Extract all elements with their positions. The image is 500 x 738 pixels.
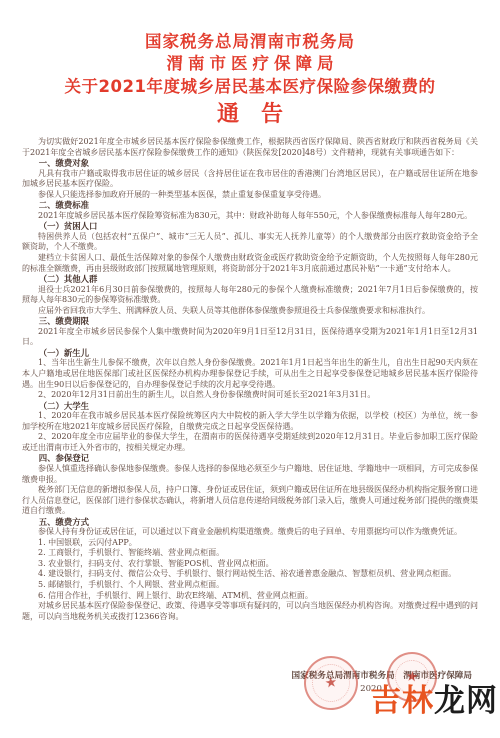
- notice-page: 国家税务总局渭南市税务局 渭南市医疗保障局 关于2021年度城乡居民基本医疗保险…: [0, 0, 500, 738]
- paragraph: 凡具有我市户籍或取得我市居住证的城乡居民（含持居住证在我市居住的香港澳门台湾地区…: [22, 169, 478, 190]
- paragraph: 2. 工商银行，手机银行、智能终端、营业网点柜面。: [22, 548, 478, 559]
- watermark: 吉林龙网: [370, 686, 498, 717]
- paragraph: 2021年度城乡居民基本医疗保险筹资标准为830元，其中：财政补助每人每年550…: [22, 211, 478, 222]
- sub-heading: （一）贫困人口: [22, 221, 478, 232]
- paragraph: 5. 邮储银行，手机银行、个人网银、营业网点柜面。: [22, 580, 478, 591]
- official-seal-tax-bureau: ★: [301, 653, 362, 714]
- seal-star-icon: ★: [324, 675, 338, 691]
- paragraph: 退役士兵2021年6月30日前参保缴费的，按照每人每年280元的参保个人缴费标准…: [22, 285, 478, 306]
- notice-header: 国家税务总局渭南市税务局 渭南市医疗保障局 关于2021年度城乡居民基本医疗保险…: [0, 31, 500, 130]
- paragraph: 1、2020年在我市城乡居民基本医疗保险统筹区内大中院校的新入学大学生以学籍为依…: [22, 411, 478, 432]
- watermark-part-2: 龙网: [434, 683, 498, 719]
- paragraph: 1. 中国银联，云闪付APP。: [22, 538, 478, 549]
- paragraph: 2021年度全市城乡居民参保个人集中缴费时间为2020年9月1日至12月31日，…: [22, 327, 478, 348]
- header-agency-line-1: 国家税务总局渭南市税务局: [0, 31, 500, 53]
- section-heading: 四、参保登记: [22, 453, 478, 464]
- paragraph: 为切实做好2021年度全市城乡居民基本医疗保险参保缴费工作，根据陕西省医疗保障局…: [22, 137, 478, 158]
- paragraph: 应届外省回我市大学生、刑满释放人员、失联人员等其他群体参保缴费参照退役士兵参保缴…: [22, 306, 478, 317]
- section-heading: 一、缴费对象: [22, 158, 478, 169]
- sub-heading: （二）其他人群: [22, 274, 478, 285]
- paragraph: 4. 建设银行，扫码支付、微信公众号、手机银行、银行网站悦生活、裕农通普惠金融点…: [22, 569, 478, 580]
- section-heading: 三、缴费期限: [22, 316, 478, 327]
- sub-heading: （一）新生儿: [22, 348, 478, 359]
- paragraph: 参保人慎重选择确认参保地参保缴费。参保人选择的参保地必须至少与户籍地、居住证地、…: [22, 464, 478, 485]
- sub-heading: （二）大学生: [22, 401, 478, 412]
- paragraph: 3. 农业银行，扫码支付、农行掌银、智能POS机、营业网点柜面。: [22, 559, 478, 570]
- paragraph: 1、当年出生新生儿参保不缴费，次年以自然人身份参保缴费。2021年1月1日起当年…: [22, 358, 478, 390]
- watermark-part-1: 吉林: [370, 683, 434, 719]
- paragraph: 建档立卡贫困人口、最低生活保障对象的参保个人缴费由财政资金或医疗救助资金给予定额…: [22, 253, 478, 274]
- section-heading: 五、缴费方式: [22, 517, 478, 528]
- paragraph: 参保人持有身份证或居住证，可以通过以下商业金融机构渠道缴费。缴费后的电子回单、专…: [22, 527, 478, 538]
- paragraph: 2、2020年度全市应届毕业的参保大学生，在渭南市的医保待遇享受期延续到2020…: [22, 432, 478, 453]
- section-heading: 二、缴费标准: [22, 200, 478, 211]
- paragraph: 对城乡居民基本医疗保险参保登记、政策、待遇享受等事项有疑问的，可以向当地医保经办…: [22, 601, 478, 622]
- paragraph: 2、2020年12月31日前出生的新生儿，以自然人身份参保缴费时间可延长至202…: [22, 390, 478, 401]
- header-agency-line-2: 渭南市医疗保障局: [0, 53, 500, 75]
- document-body: 为切实做好2021年度全市城乡居民基本医疗保险参保缴费工作，根据陕西省医疗保障局…: [22, 137, 478, 622]
- paragraph: 6. 信用合作社，手机银行、网上银行、助农E终端、ATM机、营业网点柜面。: [22, 591, 478, 602]
- paragraph: 参保人只能选择参加政府开展的一种类型基本医保，禁止重复参保重复享受待遇。: [22, 190, 478, 201]
- paragraph: 特困供养人员（包括农村“五保户”、城市“三无人员”、孤儿、事实无人抚养儿童等）的…: [22, 232, 478, 253]
- header-subject-line: 关于2021年度城乡居民基本医疗保险参保缴费的: [0, 75, 500, 98]
- notice-title: 通 告: [0, 100, 500, 130]
- paragraph: 税务部门无信息的新增拟参保人员，持户口簿、身份证或居住证，须到户籍或居住证所在地…: [22, 485, 478, 517]
